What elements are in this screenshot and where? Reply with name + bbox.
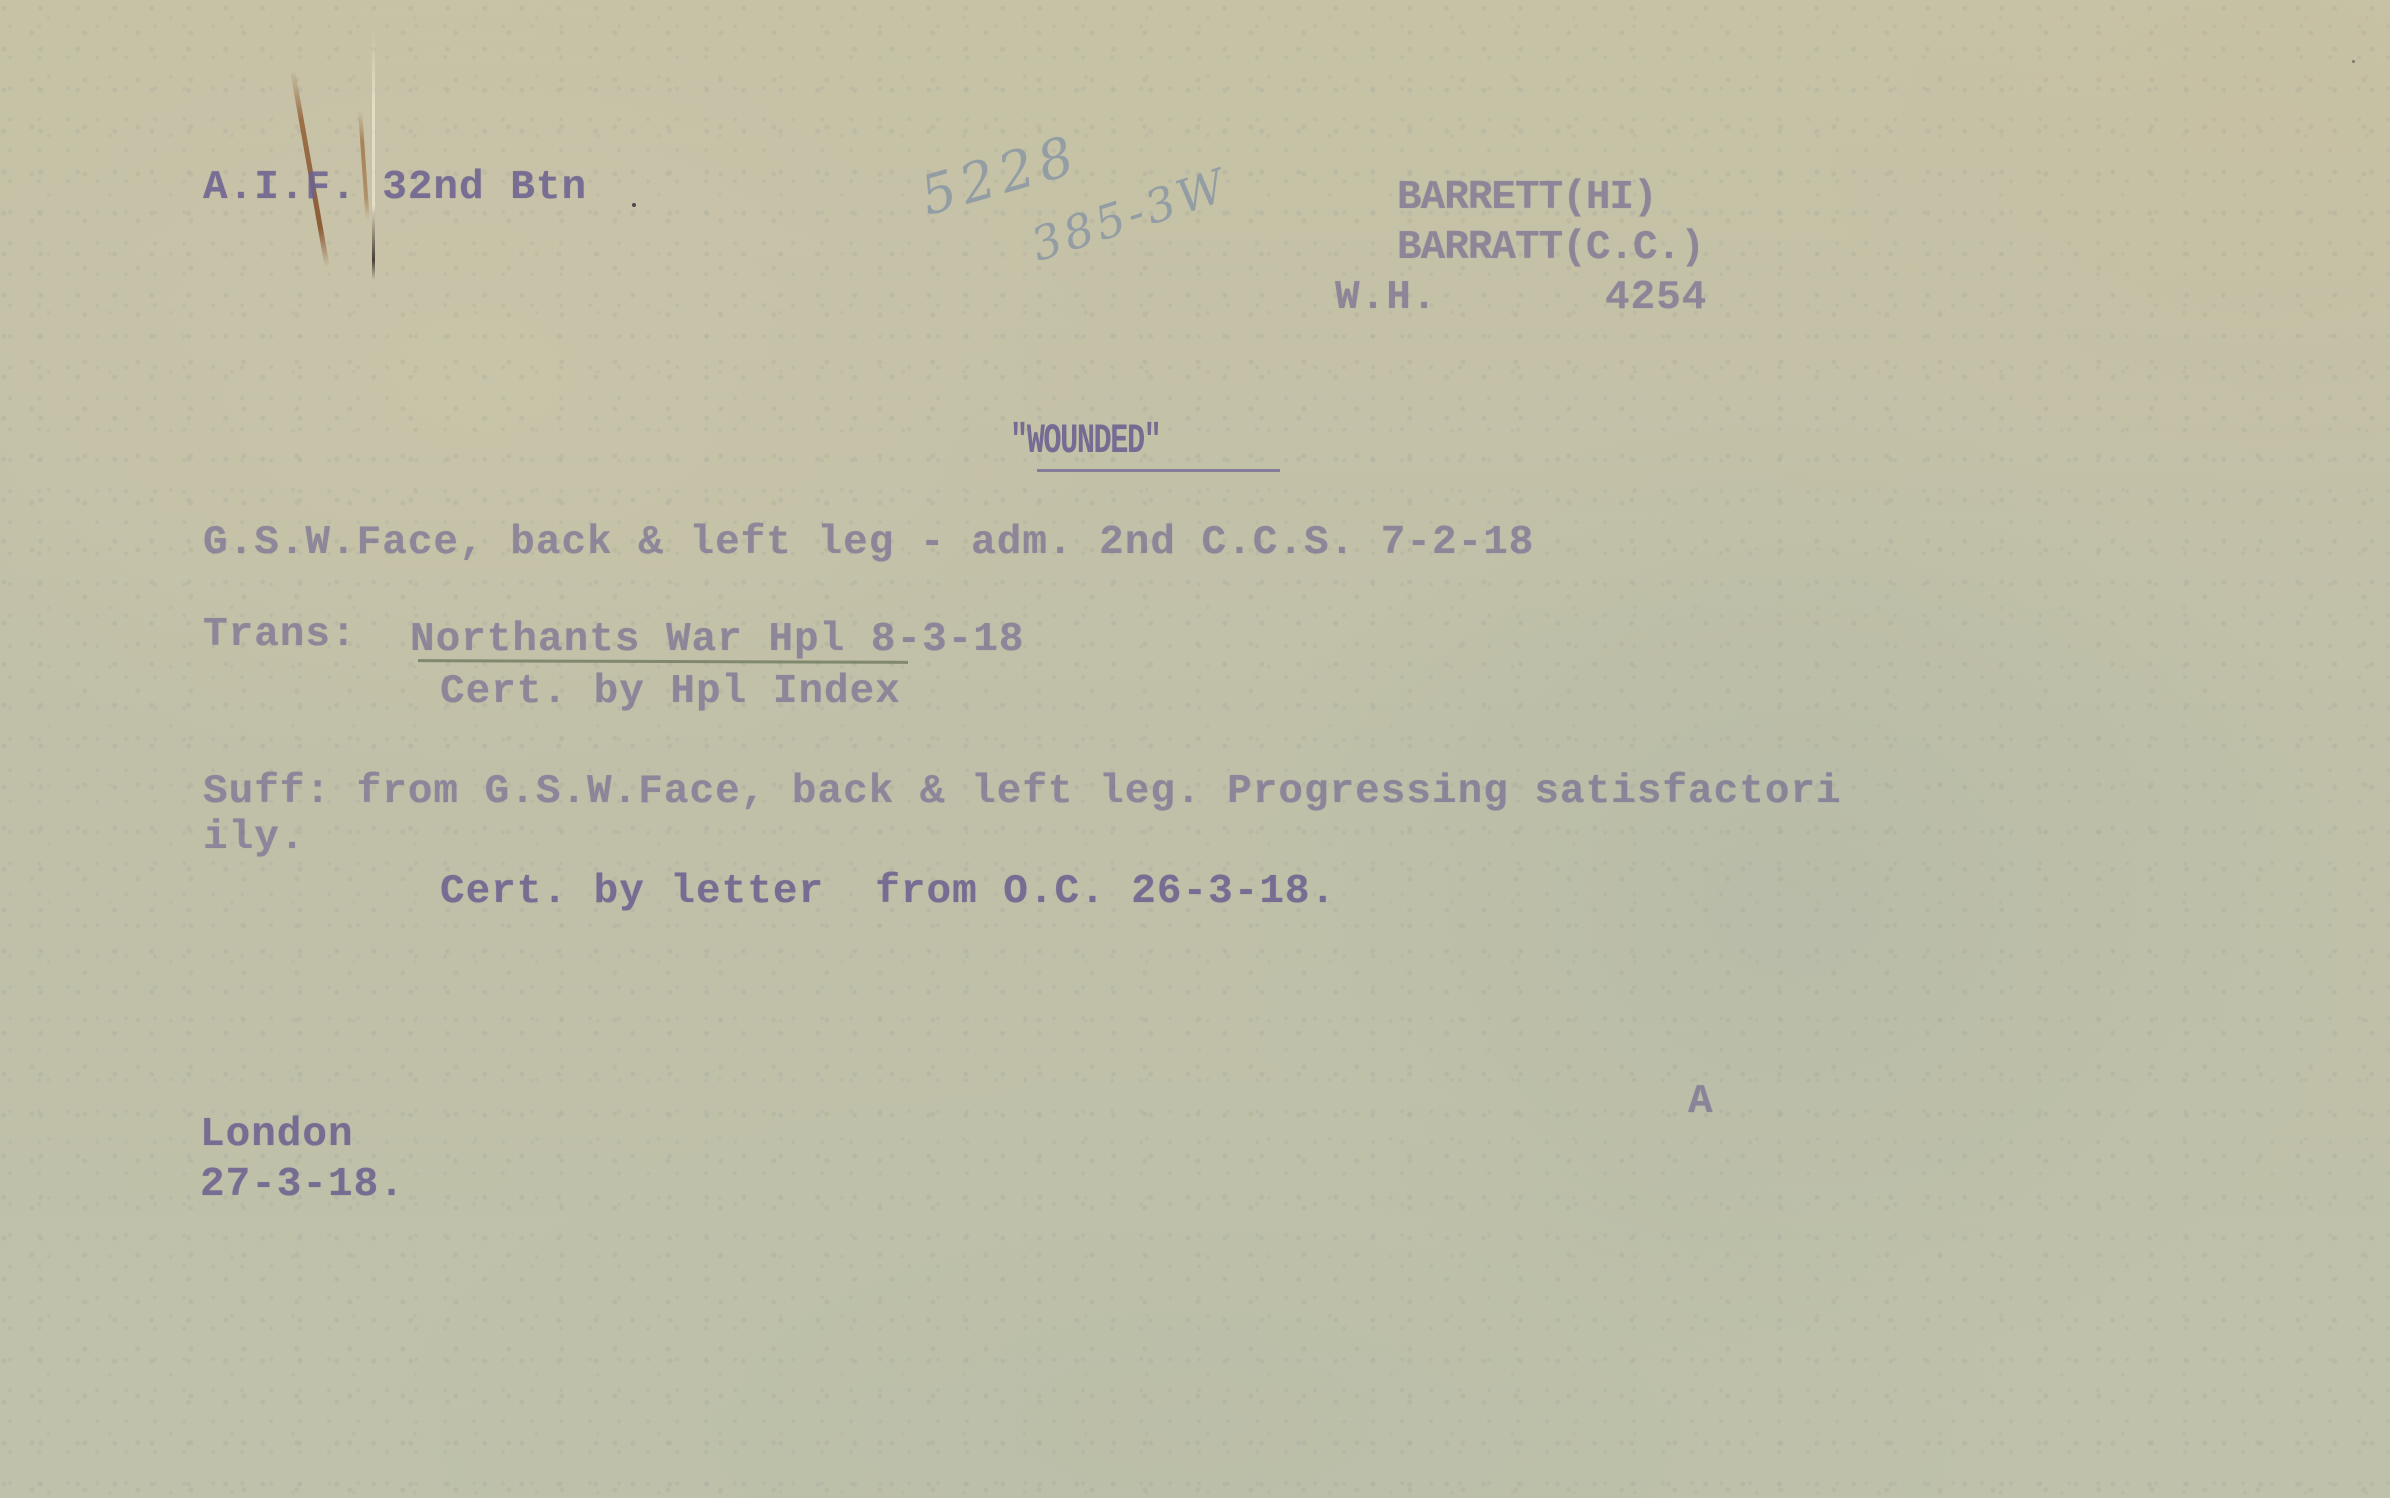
unit-line: A.I.F. 32nd Btn (203, 168, 587, 209)
ink-speck (632, 203, 636, 207)
record-mark: A (1688, 1082, 1714, 1123)
status-heading: "WOUNDED" (1010, 420, 1160, 462)
ink-speck-2 (2352, 60, 2355, 63)
paper-texture (0, 0, 2390, 1498)
record-card: A.I.F. 32nd Btn 5228 385-3W BARRETT(HI) … (0, 0, 2390, 1498)
entry-transfer: Northants War Hpl 8-3-18 (410, 620, 1025, 661)
entry-suffering: Suff: from G.S.W.Face, back & left leg. … (203, 772, 1842, 813)
paper-crease (372, 30, 375, 280)
date: 27-3-18. (200, 1165, 405, 1206)
entry-cert-hospital: Cert. by Hpl Index (440, 672, 901, 713)
entry-transfer-prefix: Trans: (203, 615, 357, 656)
initials: W.H. (1335, 278, 1437, 319)
entry-cert-letter: Cert. by letter from O.C. 26-3-18. (440, 872, 1336, 913)
surname-2: BARRATT(C.C.) (1397, 228, 1704, 269)
entry-wound: G.S.W.Face, back & left leg - adm. 2nd C… (203, 523, 1534, 564)
place: London (200, 1115, 354, 1156)
surname-1: BARRETT(HI) (1397, 178, 1657, 219)
service-number: 4254 (1605, 278, 1707, 319)
entry-suffering-cont: ily. (203, 818, 305, 859)
heading-underline (1037, 469, 1280, 472)
